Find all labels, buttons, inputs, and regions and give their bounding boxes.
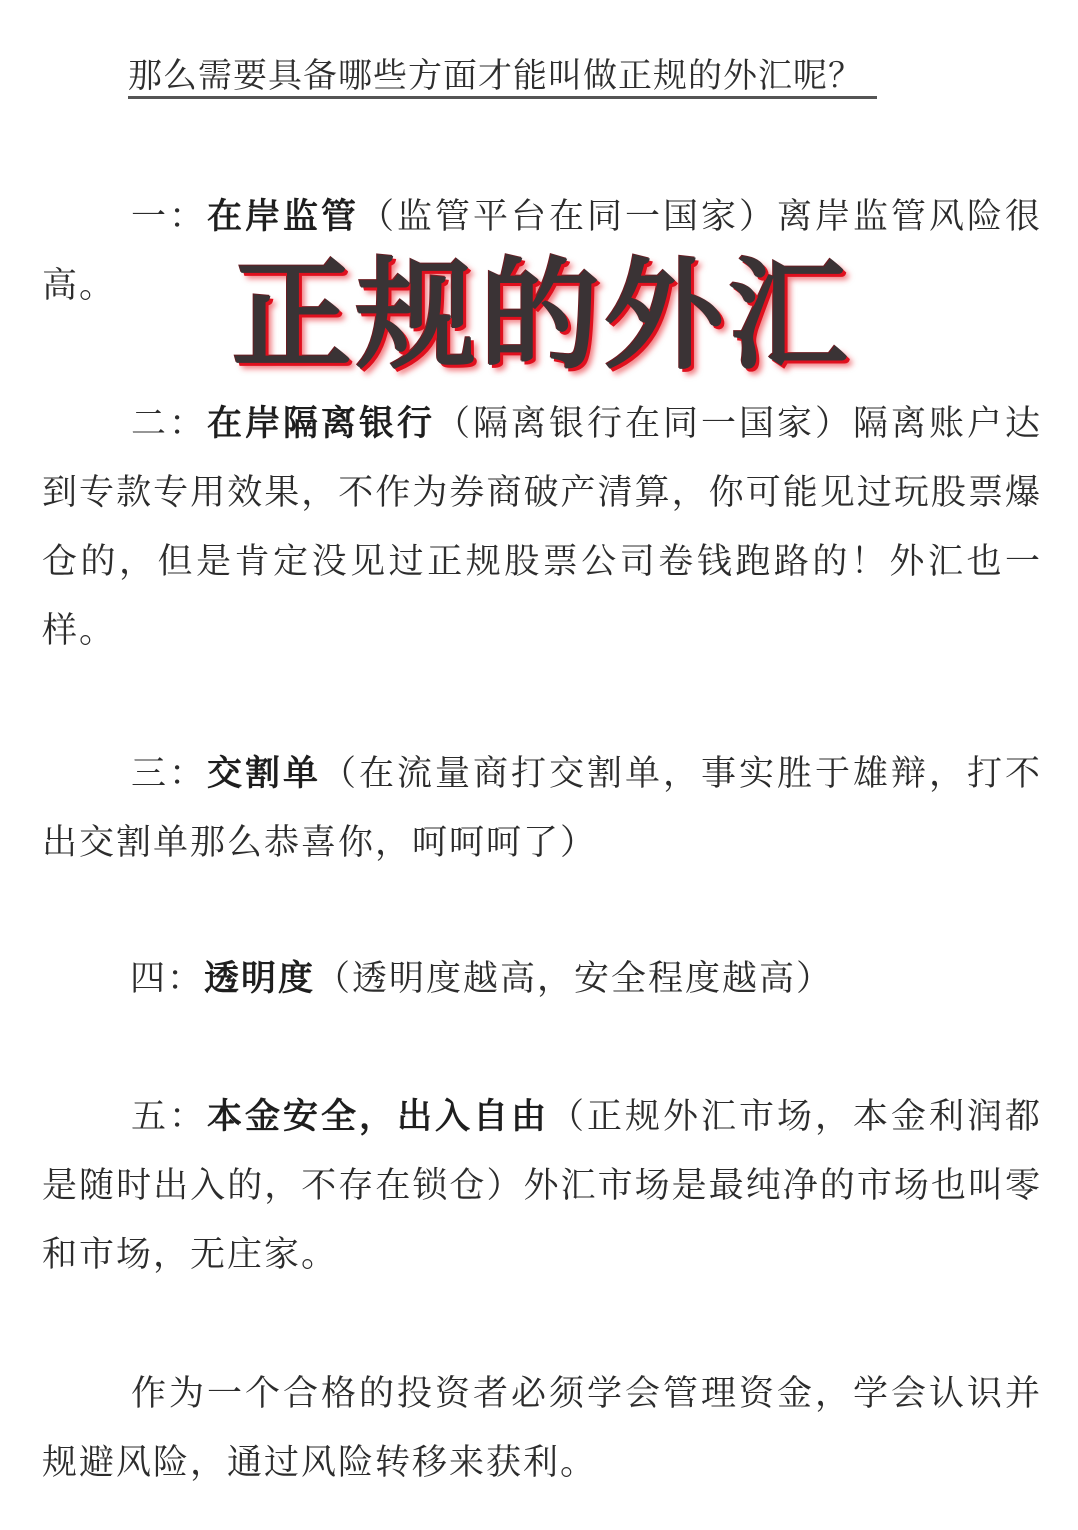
- section-number: 一：: [130, 197, 207, 237]
- section-heading: 透明度: [204, 959, 315, 999]
- overlay-banner-text: 正规的外汇: [232, 252, 852, 382]
- section-body: （透明度越高，安全程度越高）: [315, 959, 833, 999]
- section-number: 五：: [130, 1097, 207, 1137]
- page-title: 那么需要具备哪些方面才能叫做正规的外汇呢？: [128, 56, 877, 99]
- section-heading: 在岸隔离银行: [207, 404, 435, 444]
- section-2: 二：在岸隔离银行（隔离银行在同一国家）隔离账户达到专款专用效果，不作为券商破产清…: [42, 390, 1042, 666]
- section-heading: 在岸监管: [207, 197, 359, 237]
- section-number: 四：: [130, 959, 204, 999]
- section-3: 三：交割单（在流量商打交割单，事实胜于雄辩，打不出交割单那么恭喜你，呵呵呵了）: [42, 740, 1042, 878]
- section-number: 三：: [130, 754, 207, 794]
- section-4: 四：透明度（透明度越高，安全程度越高）: [42, 945, 1042, 1014]
- section-5: 五：本金安全，出入自由（正规外汇市场，本金利润都是随时出入的，不存在锁仓）外汇市…: [42, 1083, 1042, 1290]
- conclusion-paragraph: 作为一个合格的投资者必须学会管理资金，学会认识并规避风险，通过风险转移来获利。: [42, 1360, 1042, 1498]
- section-heading: 本金安全，出入自由: [207, 1097, 549, 1137]
- conclusion-text: 作为一个合格的投资者必须学会管理资金，学会认识并规避风险，通过风险转移来获利。: [42, 1374, 1042, 1483]
- section-number: 二：: [130, 404, 207, 444]
- section-heading: 交割单: [207, 754, 321, 794]
